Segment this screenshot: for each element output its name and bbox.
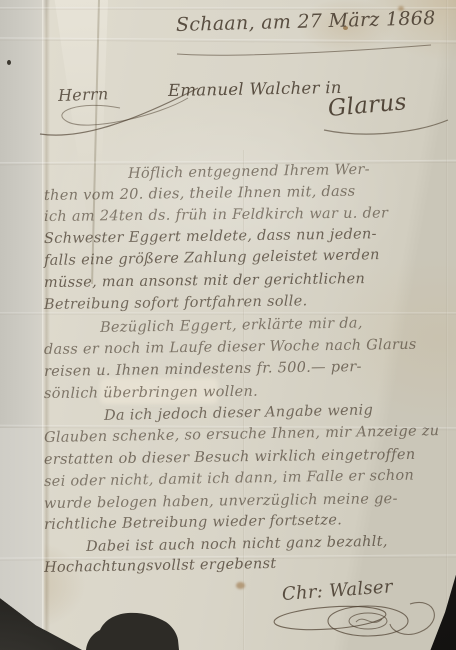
- ink-speck: [7, 60, 11, 65]
- letter-line: sönlich überbringen wollen.: [44, 384, 258, 402]
- signature-flourish: [268, 596, 446, 644]
- stain-speck: [236, 582, 245, 589]
- torn-hole: [78, 608, 186, 650]
- folded-page-edge-lower: [0, 428, 44, 650]
- letter-photograph: Schaan, am 27 März 1868 Herrn Emanuel Wa…: [0, 0, 456, 650]
- salutation-flourish: [36, 80, 206, 142]
- vertical-crease: [243, 150, 245, 650]
- dateline-flourish: [175, 42, 435, 58]
- place-underline-flourish: [322, 118, 452, 138]
- vertical-crease: [446, 0, 448, 650]
